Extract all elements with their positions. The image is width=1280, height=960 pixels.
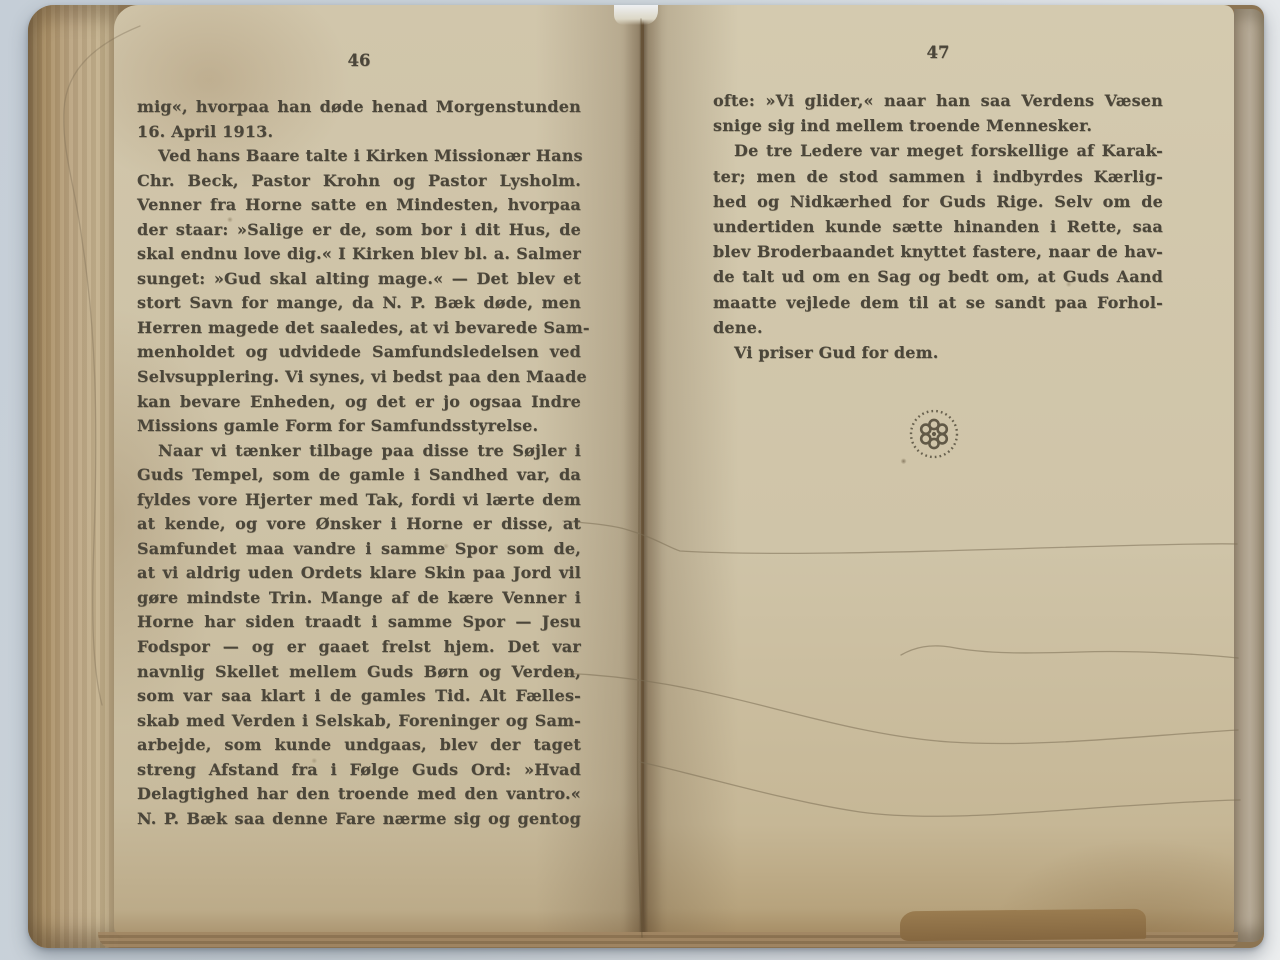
text-line: fyldes vore Hjerter med Tak, fordi vi læ… bbox=[137, 488, 581, 513]
text-line: Guds Tempel, som de gamle i Sandhed var,… bbox=[137, 463, 581, 488]
text-line: Missions gamle Form for Samfundsstyrelse… bbox=[137, 414, 581, 439]
text-line: De tre Ledere var meget forskellige af K… bbox=[713, 138, 1163, 163]
text-line: Fodspor — og er gaaet frelst hjem. Det v… bbox=[137, 635, 581, 660]
text-line: der staar: »Salige er de, som bor i dit … bbox=[137, 218, 581, 243]
text-line: 16. April 1913. bbox=[137, 120, 581, 145]
text-line: Ved hans Baare talte i Kirken Missionær … bbox=[137, 144, 581, 169]
text-line: hed og Nidkærhed for Guds Rige. Selv om … bbox=[713, 189, 1163, 214]
page-number-right: 47 bbox=[713, 43, 1163, 62]
text-line: navnlig Skellet mellem Guds Børn og Verd… bbox=[137, 660, 581, 685]
text-line: at vi aldrig uden Ordets klare Skin paa … bbox=[137, 561, 581, 586]
text-line: Venner fra Horne satte en Mindesten, hvo… bbox=[137, 193, 581, 218]
text-line: kan bevare Enheden, og det er jo ogsaa I… bbox=[137, 390, 581, 415]
text-line: Horne har siden traadt i samme Spor — Je… bbox=[137, 610, 581, 635]
text-line: skal endnu love dig.« I Kirken blev bl. … bbox=[137, 242, 581, 267]
text-line: Naar vi tænker tilbage paa disse tre Søj… bbox=[137, 439, 581, 464]
text-line: ofte: »Vi glider,« naar han saa Verdens … bbox=[713, 88, 1163, 113]
text-line: Vi priser Gud for dem. bbox=[713, 340, 1163, 365]
text-line: de talt ud om en Sag og bedt om, at Guds… bbox=[713, 264, 1163, 289]
text-line: Samfundet maa vandre i samme Spor som de… bbox=[137, 537, 581, 562]
text-line: blev Broderbaandet knyttet fastere, naar… bbox=[713, 239, 1163, 264]
text-line: menholdet og udvidede Samfundsledelsen v… bbox=[137, 340, 581, 365]
text-line: arbejde, som kunde undgaas, blev der tag… bbox=[137, 733, 581, 758]
text-line: som var saa klart i de gamles Tid. Alt F… bbox=[137, 684, 581, 709]
text-line: skab med Verden i Selskab, Foreninger og… bbox=[137, 709, 581, 734]
text-line: mig«, hvorpaa han døde henad Morgenstund… bbox=[137, 95, 581, 120]
open-book: 46 47 mig«, hvorpaa han døde henad Morge… bbox=[28, 5, 1264, 948]
text-line: streng Afstand fra i Følge Guds Ord: »Hv… bbox=[137, 758, 581, 783]
page-number-left: 46 bbox=[137, 51, 581, 70]
text-line: Selvsupplering. Vi synes, vi bedst paa d… bbox=[137, 365, 581, 390]
text-line: gøre mindste Trin. Mange af de kære Venn… bbox=[137, 586, 581, 611]
text-line: snige sig ind mellem troende Mennesker. bbox=[713, 113, 1163, 138]
text-line: Chr. Beck, Pastor Krohn og Pastor Lyshol… bbox=[137, 169, 581, 194]
text-line: N. P. Bæk saa denne Fare nærme sig og ge… bbox=[137, 807, 581, 832]
text-line: sunget: »Gud skal alting mage.« — Det bl… bbox=[137, 267, 581, 292]
text-line: maatte vejlede dem til at se sandt paa F… bbox=[713, 290, 1163, 315]
photo-background: 46 47 mig«, hvorpaa han døde henad Morge… bbox=[0, 0, 1280, 960]
text-line: dene. bbox=[713, 315, 1163, 340]
text-line: at kende, og vore Ønsker i Horne er diss… bbox=[137, 512, 581, 537]
text-line: Herren magede det saaledes, at vi bevare… bbox=[137, 316, 581, 341]
text-line: Delagtighed har den troende med den vant… bbox=[137, 782, 581, 807]
page-47-text: ofte: »Vi glider,« naar han saa Verdens … bbox=[713, 88, 1163, 365]
rosette-ornament-icon bbox=[905, 405, 963, 463]
text-line: ter; men de stod sammen i indbyrdes Kærl… bbox=[713, 164, 1163, 189]
page-46-text: mig«, hvorpaa han døde henad Morgenstund… bbox=[137, 95, 581, 831]
text-line: undertiden kunde sætte hinanden i Rette,… bbox=[713, 214, 1163, 239]
text-line: stort Savn for mange, da N. P. Bæk døde,… bbox=[137, 291, 581, 316]
